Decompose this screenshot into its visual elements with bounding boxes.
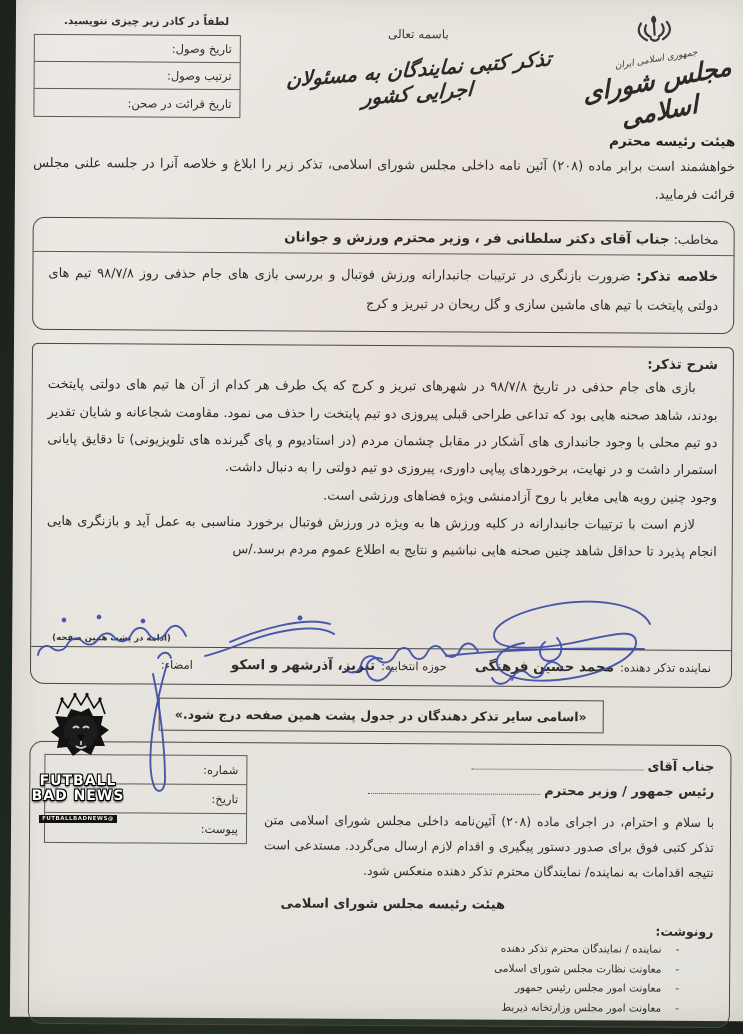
receipt-table: تاریخ وصول: ترتیب وصول: تاریخ قرائت در ص…: [33, 34, 241, 118]
dispatch-to-title: رئیس جمهور / وزیر محترم: [544, 784, 714, 800]
iran-emblem-icon: [631, 11, 677, 54]
dispatch-body: جناب آقای رئیس جمهور / وزیر محترم با سلا…: [264, 756, 715, 886]
watermark-line1: FUTBALL: [10, 774, 146, 789]
scanned-document-page: جمهوری اسلامی ایران مجلس شورای اسلامی با…: [10, 0, 743, 1021]
summary-label: خلاصه تذکر:: [636, 268, 718, 285]
addressee-divider: [34, 251, 734, 256]
summary-text: ضرورت بازنگری در ترتیبات جانبدارانه ورزش…: [48, 266, 718, 314]
dispatch-text: با سلام و احترام، در اجرای ماده (۲۰۸) آئ…: [264, 808, 714, 886]
header-left: لطفاً در کادر زیر چیزی ننویسید. تاریخ وص…: [33, 3, 259, 118]
signatures-area: (ادامه در پشت همین صفحه): [46, 562, 717, 650]
watermark-handle: @FUTBALLBADNEWS: [39, 815, 117, 823]
lion-logo-icon: [35, 692, 121, 770]
receipt-row-order: ترتیب وصول:: [35, 62, 240, 90]
receipt-row-reading: تاریخ قرائت در صحن:: [34, 89, 239, 117]
description-paragraph-1: بازی های جام حذفی در تاریخ ۹۸/۷/۸ در شهر…: [47, 371, 718, 484]
fill-in-dotted-line: [368, 781, 540, 794]
description-paragraph-3: لازم است با ترتیبات جانبدارانه در کلیه و…: [47, 508, 717, 567]
document-title-calligraphy: تذکر کتبی نمایندگان به مسئولان اجرایی کش…: [258, 44, 579, 118]
futball-bad-news-watermark: FUTBALL BAD NEWS @FUTBALLBADNEWS: [10, 692, 146, 824]
photo-background: { "header": { "bismillah": "باسمه تعالی"…: [0, 0, 743, 1034]
addressee-value: جناب آقای دکتر سلطانی فر ، وزیر محترم ور…: [284, 229, 670, 247]
majlis-logo: جمهوری اسلامی ایران مجلس شورای اسلامی: [574, 2, 739, 132]
description-paragraph-2: وجود چنین رویه هایی مغایر با روح آزادمنش…: [47, 480, 717, 511]
cc-item: -معاونت امور مجلس وزارتخانه ذیربط: [45, 996, 679, 1019]
cc-label: رونوشت:: [45, 920, 713, 939]
bismillah-text: باسمه تعالی: [259, 26, 578, 42]
cc-list: -نماینده / نمایندگان محترم تذکر دهنده -م…: [45, 937, 713, 1019]
representative-name: محمد حسین فرهنگی: [475, 659, 614, 676]
signature-label: امضاء:: [161, 658, 193, 672]
description-box: شرح تذکر: بازی های جام حذفی در تاریخ ۹۸/…: [30, 343, 734, 688]
addressee-label: مخاطب:: [674, 231, 719, 246]
board-signature-title: هیئت رئیسه مجلس شورای اسلامی: [46, 895, 594, 913]
addressee-row: مخاطب: جناب آقای دکتر سلطانی فر ، وزیر م…: [49, 226, 719, 252]
summary-paragraph: خلاصه تذکر: ضرورت بازنگری در ترتیبات جان…: [48, 258, 718, 326]
other-submitters-note: «اسامی سایر تذکر دهندگان در جدول پشت همی…: [158, 698, 603, 734]
representative-row: نماینده تذکر دهنده: محمد حسین فرهنگی حوز…: [31, 646, 731, 687]
representative-label: نماینده تذکر دهنده:: [620, 661, 711, 676]
salutation-section: هیئت رئیسه محترم خواهشمند است برابر ماده…: [33, 129, 735, 210]
fill-in-dotted-line: [471, 757, 643, 770]
watermark-line2: BAD NEWS: [10, 789, 146, 804]
dispatch-to-text: جناب آقای: [647, 759, 714, 774]
continue-on-back-note: (ادامه در پشت همین صفحه): [52, 633, 171, 644]
district-value: تبریز، آذرشهر و اسکو: [231, 657, 375, 674]
no-write-note: لطفاً در کادر زیر چیزی ننویسید.: [34, 15, 259, 28]
addressee-box: مخاطب: جناب آقای دکتر سلطانی فر ، وزیر م…: [32, 217, 735, 335]
dispatch-to-title-line: رئیس جمهور / وزیر محترم: [264, 781, 714, 809]
receipt-row-date: تاریخ وصول:: [35, 35, 240, 63]
salutation-body: خواهشمند است برابر ماده (۲۰۸) آئین نامه …: [33, 149, 735, 210]
dispatch-to-line: جناب آقای: [264, 756, 714, 784]
district-label: حوزه انتخابیه:: [381, 659, 447, 673]
document-header: جمهوری اسلامی ایران مجلس شورای اسلامی با…: [33, 3, 736, 128]
description-label: شرح تذکر:: [48, 353, 718, 373]
header-center: باسمه تعالی تذکر کتبی نمایندگان به مسئول…: [258, 4, 578, 106]
